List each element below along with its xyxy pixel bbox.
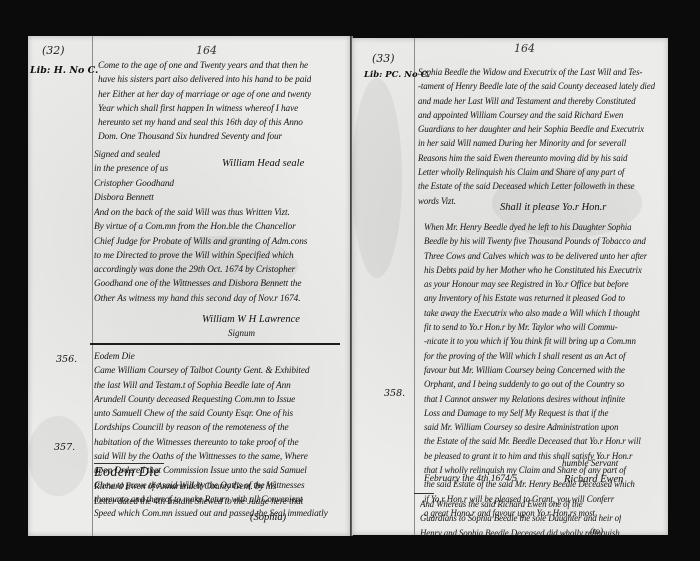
catchword: (Sophia) bbox=[250, 512, 286, 523]
letter-date: February the 4th 1674/5 bbox=[424, 474, 517, 484]
text-line: Three Cows and Calves which was to be de… bbox=[424, 249, 647, 263]
signum-label: Signum bbox=[228, 328, 255, 338]
text-line: Chief Judge for Probate of Wills and gra… bbox=[94, 235, 307, 249]
text-line: accordingly was done the 29th Oct. 1674 … bbox=[94, 263, 307, 277]
library-reference: Lib: H. No C. bbox=[30, 65, 98, 76]
text-line: By virtue of a Com.mn from the Hon.ble t… bbox=[94, 220, 307, 234]
witness-name: Cristopher Goodhand bbox=[94, 177, 174, 191]
text-line: unto Samuell Chew of the said County Esq… bbox=[94, 407, 328, 421]
testator-signature: William Head seale bbox=[222, 158, 304, 169]
text-line: And on the back of the said Will was thu… bbox=[94, 206, 307, 220]
text-line: to me Directed to prove the Will within … bbox=[94, 249, 307, 263]
page-number: 164 bbox=[514, 42, 535, 55]
letter-signature: Richard Ewen bbox=[564, 474, 623, 485]
folio-number: (32) bbox=[42, 44, 65, 57]
text-line: Dom. One Thousand Six hundred Seventy an… bbox=[98, 130, 311, 144]
catchword: (to) bbox=[590, 526, 603, 536]
entry-heading: Eodem Die bbox=[94, 466, 303, 480]
entry-357-text: Eodem Die Richard Ewen of Annarundell Co… bbox=[94, 466, 303, 509]
text-line: Arundell County deceased Requesting Com.… bbox=[94, 393, 328, 407]
text-line: as your Honour may see Registred in Yo.r… bbox=[424, 277, 647, 291]
text-line: in her said Will named During her Minori… bbox=[418, 137, 655, 151]
entry-mark bbox=[414, 493, 434, 494]
presence-line: in the presence of us bbox=[94, 162, 174, 176]
text-line: Speed which Com.mn issued out and passed… bbox=[94, 507, 328, 521]
text-line: Letter wholly Relinquish his Claim and S… bbox=[418, 166, 655, 180]
text-line: favour but Mr. William Coursey being Con… bbox=[424, 363, 647, 377]
signed-sealed-line: Signed and sealed bbox=[94, 148, 174, 162]
text-line: her Either at her day of marriage or age… bbox=[98, 88, 311, 102]
letter-preamble: Sophia Beedle the Widow and Executrix of… bbox=[418, 66, 655, 209]
text-line: any Inventory of his Estate was returned… bbox=[424, 291, 647, 305]
text-line: take away the Executrix who also made a … bbox=[424, 306, 647, 320]
closing-line: humble Servant bbox=[562, 458, 618, 468]
page-number: 164 bbox=[196, 44, 217, 57]
text-line: Orphant, and I being suddenly to go out … bbox=[424, 377, 647, 391]
text-line: hereunto set my hand and seal this 16th … bbox=[98, 116, 311, 130]
text-line: fit to send to Yo.r Hon.r by Mr. Taylor … bbox=[424, 320, 647, 334]
text-line: Beedle by his will Twenty five Thousand … bbox=[424, 234, 647, 248]
text-line: habitation of the Witnesses thereunto to… bbox=[94, 436, 328, 450]
registrar-signature: William W H Lawrence bbox=[202, 314, 300, 325]
heading-underline bbox=[94, 463, 164, 464]
text-line: and appointed William Coursey and the sa… bbox=[418, 109, 655, 123]
text-line: the last Will and Testam.t of Sophia Bee… bbox=[94, 379, 328, 393]
right-margin-rule bbox=[414, 38, 415, 535]
text-line: said Mr. William Coursey so desire Admin… bbox=[424, 420, 647, 434]
text-line: the Estate of the said Deceased which Le… bbox=[418, 180, 655, 194]
text-line: Other As witness my hand this second day… bbox=[94, 292, 307, 306]
entry-number: 358. bbox=[384, 388, 405, 399]
salutation: Shall it please Yo.r Hon.r bbox=[500, 202, 606, 213]
text-line: his Debts paid by her Mother who he Cons… bbox=[424, 263, 647, 277]
left-page: (32) 164 Lib: H. No C. Come to the age o… bbox=[28, 36, 350, 536]
text-line: Come to the age of one and Twenty years … bbox=[98, 59, 311, 73]
left-margin-rule bbox=[92, 36, 93, 536]
text-line: that I Cannot answer my Relations desire… bbox=[424, 392, 647, 406]
entry-number: 356. bbox=[56, 354, 77, 365]
text-line: And Whereas the said Richard Ewen one of… bbox=[420, 497, 621, 511]
text-line: -nicate it to you which if You think fit… bbox=[424, 334, 647, 348]
text-line: Came William Coursey of Talbot County Ge… bbox=[94, 364, 328, 378]
text-line: -tament of Henry Beedle late of the said… bbox=[418, 80, 655, 94]
right-page: (33) 164 Lib: PC. No C. Sophia Beedle th… bbox=[352, 38, 668, 535]
section-divider bbox=[90, 343, 340, 345]
endorsement-text: And on the back of the said Will was thu… bbox=[94, 206, 307, 306]
text-line: Letter dated the 4th Instant Shewed to t… bbox=[94, 495, 303, 509]
text-line: Reasons him the said Ewen thereunto movi… bbox=[418, 152, 655, 166]
text-line: Sophia Beedle the Widow and Executrix of… bbox=[418, 66, 655, 80]
text-line: Guardians to her daughter and heir Sophi… bbox=[418, 123, 655, 137]
will-text: Come to the age of one and Twenty years … bbox=[98, 59, 311, 145]
witness-block: Signed and sealed in the presence of us … bbox=[94, 148, 174, 205]
text-line: and made her Last Will and Testament and… bbox=[418, 95, 655, 109]
witness-name: Disbora Bennett bbox=[94, 191, 174, 205]
text-line: When Mr. Henry Beedle dyed he left to hi… bbox=[424, 220, 647, 234]
entry-number: 357. bbox=[54, 442, 75, 453]
text-line: Year which shall first happen In witness… bbox=[98, 102, 311, 116]
text-line: have his sisters part also delivered int… bbox=[98, 73, 311, 87]
text-line: Lordships Councill by reason of the remo… bbox=[94, 421, 328, 435]
text-line: Loss and Damage to my Self My Request is… bbox=[424, 406, 647, 420]
text-line: Richard Ewen of Annarundell County Gent.… bbox=[94, 480, 303, 494]
text-line: Goodhand one of the Wittnesses and Disbo… bbox=[94, 277, 307, 291]
folio-number: (33) bbox=[372, 52, 395, 65]
text-line: for the proving of the Will which I shal… bbox=[424, 349, 647, 363]
entry-heading: Eodem Die bbox=[94, 350, 328, 364]
text-line: Guardians to Sophia Beedle the sole Daug… bbox=[420, 511, 621, 525]
paper-stain bbox=[352, 78, 402, 278]
paper-stain bbox=[28, 416, 88, 496]
text-line: the Estate of the said Mr. Beedle Deceas… bbox=[424, 434, 647, 448]
